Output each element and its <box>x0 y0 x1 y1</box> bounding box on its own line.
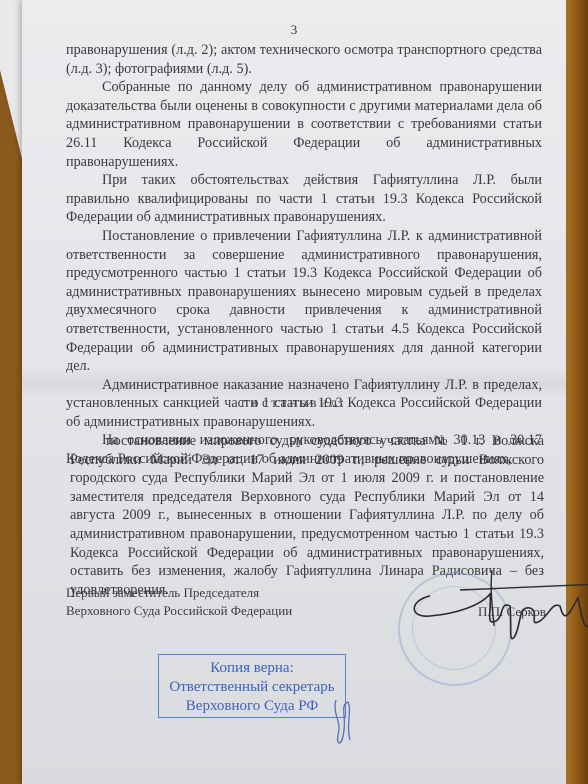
paragraph-evidence-end: правонарушения (л.д. 2); актом техническ… <box>66 41 542 78</box>
resolution-heading: постановил: <box>22 396 566 412</box>
paragraph-evidence-evaluation: Собранные по данному делу об администрат… <box>66 78 542 171</box>
paragraph-limitation-period: Постановление о привлечении Гафиятуллина… <box>66 227 542 376</box>
wooden-table-edge <box>564 0 588 784</box>
signatory-title-line2: Верховного Суда Российской Федерации <box>66 602 292 620</box>
handwritten-signature-icon <box>400 566 588 656</box>
document-page: 3 правонарушения (л.д. 2); актом техниче… <box>22 0 566 784</box>
stamp-line3: Верховного Суда РФ <box>159 697 345 716</box>
signatory-title-line1: Первый заместитель Председателя <box>66 584 292 602</box>
certified-copy-stamp: Копия верна: Ответственный секретарь Вер… <box>158 654 346 718</box>
secretary-initials-icon <box>328 690 358 750</box>
paragraph-qualification: При таких обстоятельствах действия Гафия… <box>66 171 542 227</box>
stamp-line2: Ответственный секретарь <box>159 678 345 697</box>
signatory-title: Первый заместитель Председателя Верховно… <box>66 584 292 620</box>
page-number: 3 <box>22 22 566 38</box>
stamp-line1: Копия верна: <box>159 659 345 678</box>
